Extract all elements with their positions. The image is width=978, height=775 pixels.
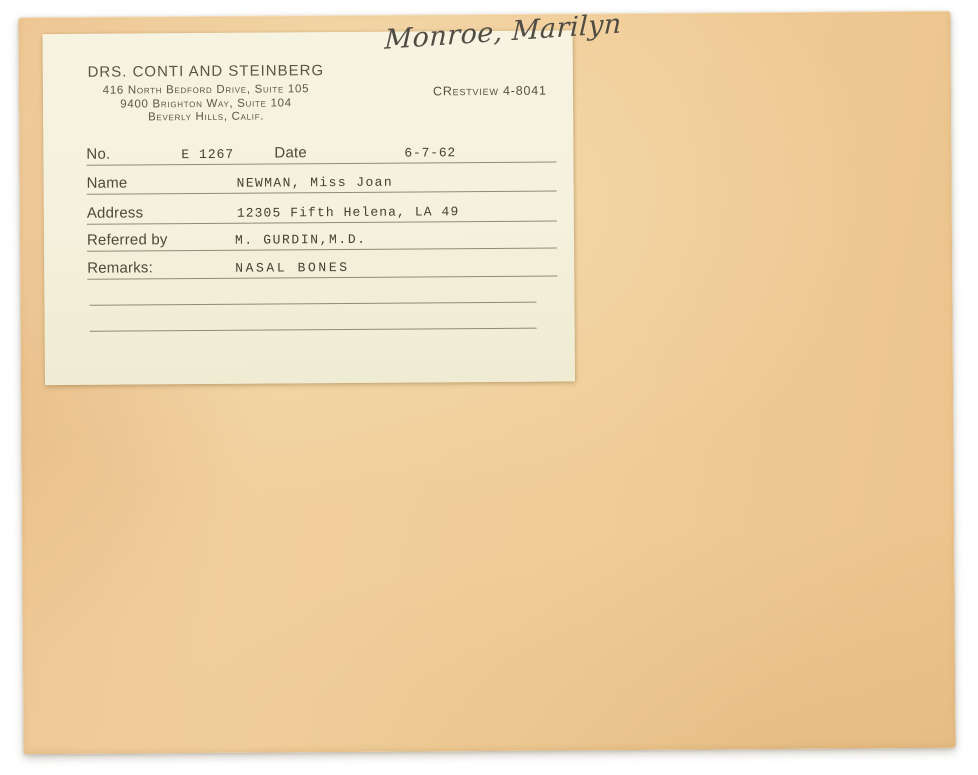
ruled-line-blank-1 [89, 302, 536, 306]
address-field-value: 12305 Fifth Helena, LA 49 [237, 204, 460, 221]
remarks-field-value: NASAL BONES [235, 260, 350, 276]
form-row-referred-by: Referred by M. GURDIN,M.D. [87, 223, 557, 252]
name-field-value: NEWMAN, Miss Joan [237, 175, 394, 191]
xray-envelope: Monroe, Marilyn DRS. CONTI AND STEINBERG… [18, 11, 955, 754]
name-field-label: Name [87, 175, 128, 192]
date-field-label: Date [274, 144, 307, 161]
phone-number: CRestview 4-8041 [433, 84, 547, 99]
date-field-value: 6-7-62 [404, 145, 456, 160]
address-field-label: Address [87, 204, 144, 221]
form-row-address: Address 12305 Fifth Helena, LA 49 [87, 196, 557, 225]
form-row-name: Name NEWMAN, Miss Joan [86, 166, 556, 195]
letterhead: DRS. CONTI AND STEINBERG 416 North Bedfo… [43, 62, 369, 126]
remarks-field-label: Remarks: [87, 259, 153, 276]
handwritten-patient-name: Monroe, Marilyn [384, 8, 622, 55]
referred-by-field-label: Referred by [87, 231, 168, 249]
number-field-label: No. [86, 146, 110, 163]
form-row-number-date: No. E 1267 Date 6-7-62 [86, 137, 556, 166]
number-field-value: E 1267 [181, 147, 234, 162]
form-row-remarks: Remarks: NASAL BONES [87, 251, 557, 280]
ruled-line-blank-2 [90, 328, 537, 332]
medical-office-label: Monroe, Marilyn DRS. CONTI AND STEINBERG… [43, 30, 575, 385]
practice-name: DRS. CONTI AND STEINBERG [43, 62, 369, 81]
referred-by-field-value: M. GURDIN,M.D. [235, 232, 367, 248]
letterhead-address-line-3: Beverly Hills, Calif. [43, 110, 369, 126]
photo-background: Monroe, Marilyn DRS. CONTI AND STEINBERG… [0, 0, 978, 775]
